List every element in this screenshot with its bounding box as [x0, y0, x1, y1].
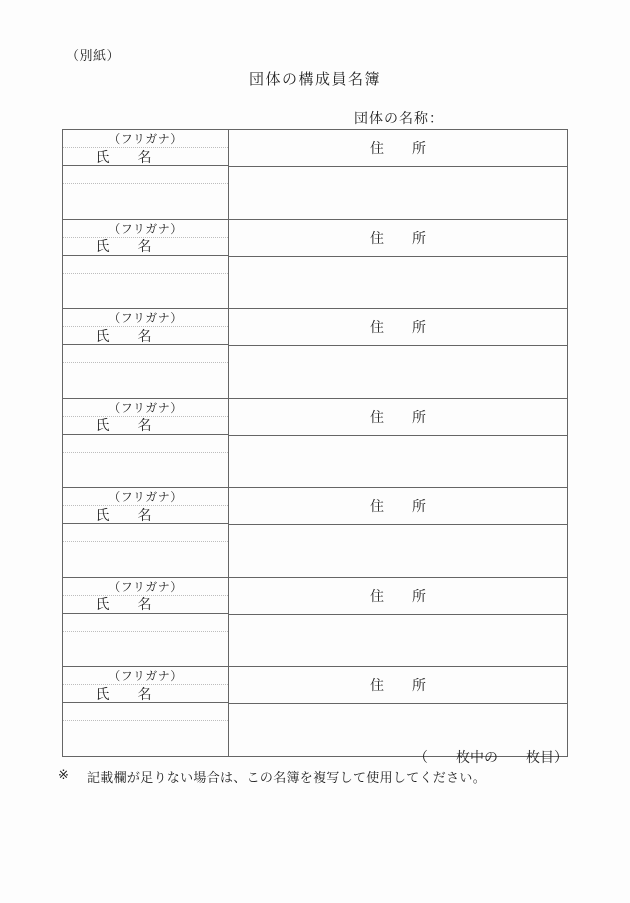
name-label: 氏 名: [63, 417, 228, 435]
name-column: （フリガナ） 氏 名: [63, 130, 229, 219]
name-entry-field: [63, 453, 228, 486]
address-label: 住 所: [229, 578, 567, 615]
address-column: 住 所: [229, 667, 567, 756]
name-label: 氏 名: [63, 596, 228, 614]
address-label: 住 所: [229, 220, 567, 257]
name-entry-field: [63, 542, 228, 575]
member-entry-block: （フリガナ） 氏 名 住 所: [63, 577, 567, 667]
address-column: 住 所: [229, 220, 567, 309]
furigana-label: （フリガナ）: [63, 309, 228, 327]
address-column: 住 所: [229, 130, 567, 219]
furigana-label: （フリガナ）: [63, 667, 228, 685]
address-entry-field: [229, 436, 567, 488]
member-entry-block: （フリガナ） 氏 名 住 所: [63, 666, 567, 756]
member-entry-block: （フリガナ） 氏 名 住 所: [63, 487, 567, 577]
address-label: 住 所: [229, 399, 567, 436]
note-marker: ※: [58, 767, 87, 783]
name-label: 氏 名: [63, 148, 228, 166]
name-entry-field: [63, 274, 228, 307]
furigana-label: （フリガナ）: [63, 130, 228, 148]
address-column: 住 所: [229, 309, 567, 398]
furigana-entry-field: [63, 435, 228, 453]
furigana-entry-field: [63, 524, 228, 542]
furigana-label: （フリガナ）: [63, 220, 228, 238]
address-label: 住 所: [229, 309, 567, 346]
name-label: 氏 名: [63, 506, 228, 524]
furigana-label: （フリガナ）: [63, 399, 228, 417]
address-label: 住 所: [229, 667, 567, 704]
name-entry-field: [63, 184, 228, 217]
note-text: 記載欄が足りない場合は、この名簿を複写して使用してください。: [87, 767, 486, 786]
address-column: 住 所: [229, 399, 567, 488]
furigana-entry-field: [63, 703, 228, 721]
name-column: （フリガナ） 氏 名: [63, 488, 229, 577]
furigana-label: （フリガナ）: [63, 578, 228, 596]
address-entry-field: [229, 167, 567, 219]
address-entry-field: [229, 615, 567, 667]
address-label: 住 所: [229, 488, 567, 525]
address-entry-field: [229, 257, 567, 309]
member-entry-block: （フリガナ） 氏 名 住 所: [63, 219, 567, 309]
member-roster-table: （フリガナ） 氏 名 住 所 （フリガナ） 氏 名 住 所: [62, 129, 568, 757]
page-count-note: （ 枚中の 枚目）: [414, 747, 568, 767]
furigana-entry-field: [63, 614, 228, 632]
name-column: （フリガナ） 氏 名: [63, 667, 229, 756]
name-entry-field: [63, 721, 228, 754]
furigana-entry-field: [63, 345, 228, 363]
furigana-label: （フリガナ）: [63, 488, 228, 506]
member-entry-block: （フリガナ） 氏 名 住 所: [63, 130, 567, 219]
copy-note: ※ 記載欄が足りない場合は、この名簿を複写して使用してください。: [58, 767, 486, 786]
address-entry-field: [229, 525, 567, 577]
address-label: 住 所: [229, 130, 567, 167]
name-entry-field: [63, 632, 228, 665]
attachment-label: （別紙）: [66, 45, 120, 64]
name-label: 氏 名: [63, 327, 228, 345]
page-title: 団体の構成員名簿: [0, 68, 630, 89]
name-label: 氏 名: [63, 238, 228, 256]
org-name-label: 団体の名称：: [354, 108, 444, 128]
address-column: 住 所: [229, 578, 567, 667]
name-column: （フリガナ） 氏 名: [63, 309, 229, 398]
address-column: 住 所: [229, 488, 567, 577]
document-page: （別紙） 団体の構成員名簿 団体の名称： （フリガナ） 氏 名 住 所 （フリガ…: [0, 0, 630, 903]
name-column: （フリガナ） 氏 名: [63, 578, 229, 667]
member-entry-block: （フリガナ） 氏 名 住 所: [63, 398, 567, 488]
furigana-entry-field: [63, 256, 228, 274]
name-entry-field: [63, 363, 228, 396]
name-column: （フリガナ） 氏 名: [63, 220, 229, 309]
member-entry-block: （フリガナ） 氏 名 住 所: [63, 308, 567, 398]
name-label: 氏 名: [63, 685, 228, 703]
address-entry-field: [229, 346, 567, 398]
name-column: （フリガナ） 氏 名: [63, 399, 229, 488]
furigana-entry-field: [63, 166, 228, 184]
